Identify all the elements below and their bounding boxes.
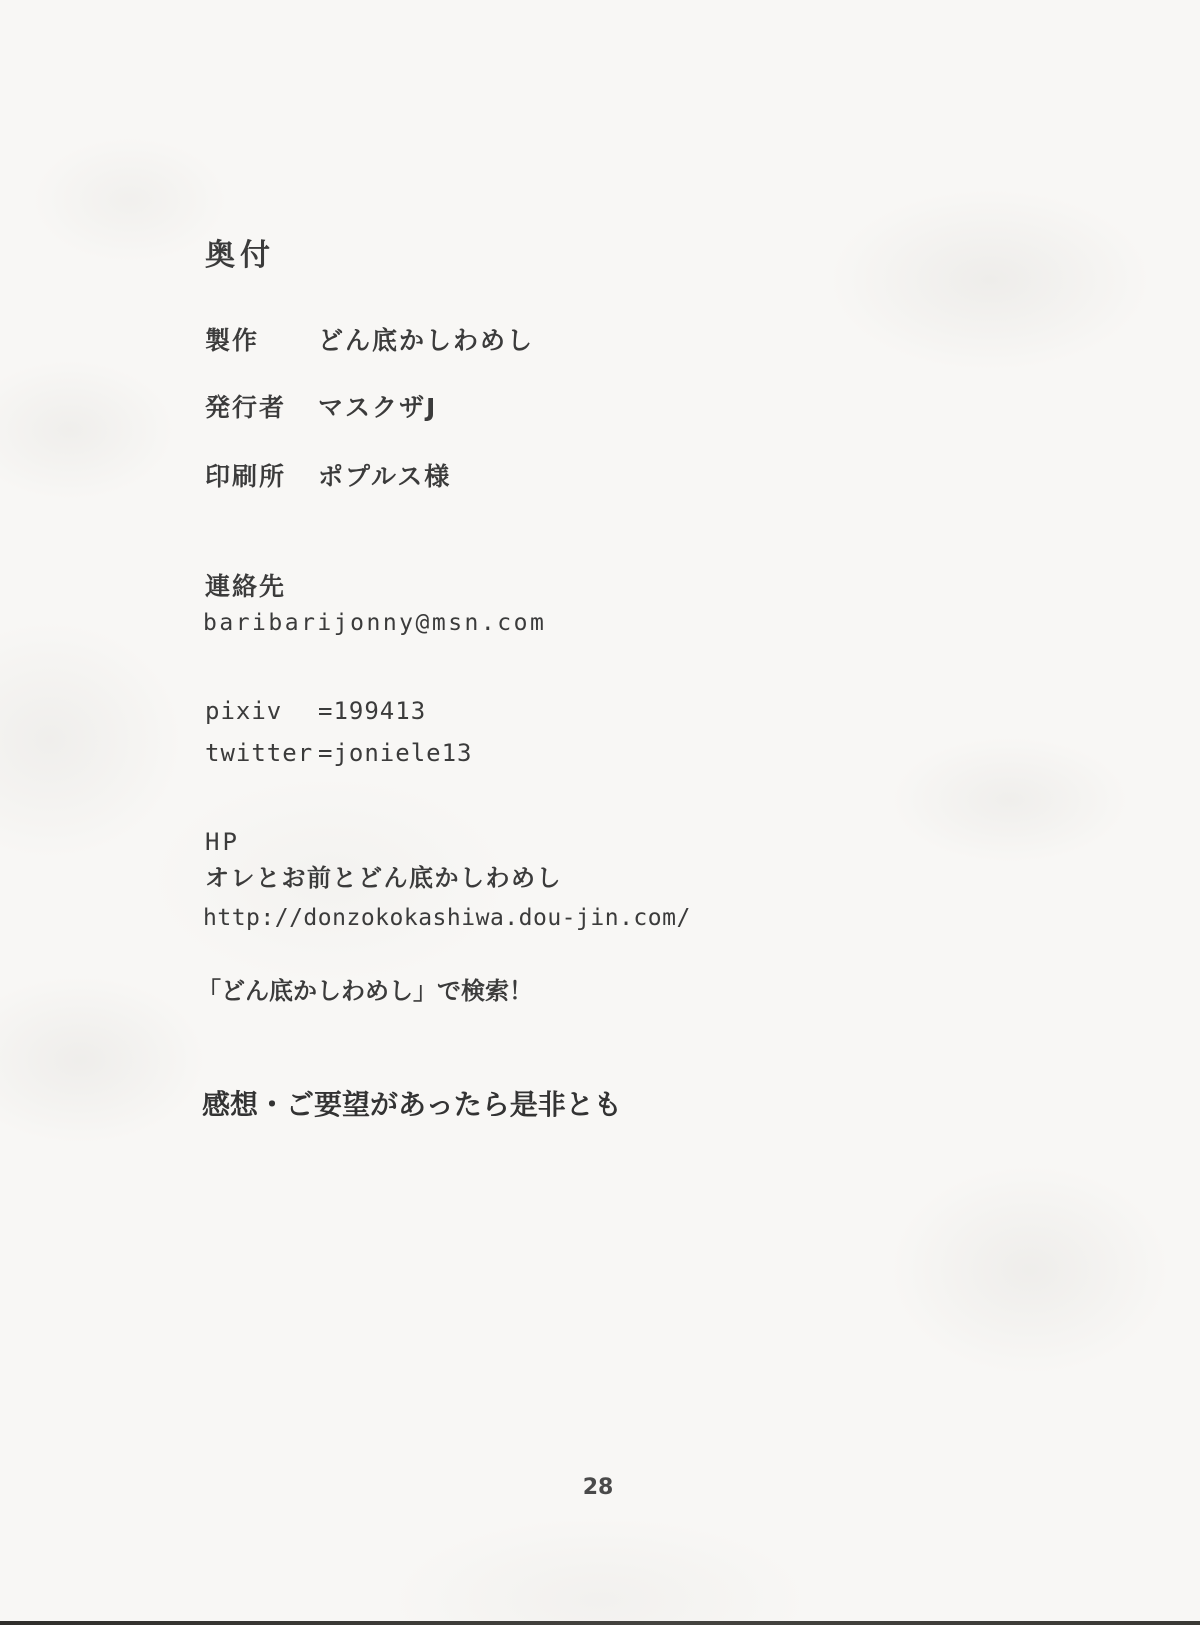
credit-value-printer: ポプルス様 — [318, 462, 451, 492]
credit-row-production: 製作 どん底かしわめし — [205, 326, 534, 356]
twitter-row: twitter =joniele13 — [205, 739, 473, 768]
credit-label-printer: 印刷所 — [205, 462, 318, 492]
scan-bottom-edge — [0, 1621, 1200, 1625]
credit-row-printer: 印刷所 ポプルス様 — [205, 462, 451, 492]
pixiv-row: pixiv =199413 — [205, 697, 426, 726]
page-title: 奥付 — [205, 238, 275, 274]
contact-heading: 連絡先 — [205, 572, 286, 602]
search-hint: 「どん底かしわめし」で検索！ — [197, 977, 533, 1006]
credit-label-publisher: 発行者 — [205, 393, 318, 423]
contact-email: baribarijonny@msn.com — [203, 610, 546, 638]
credit-row-publisher: 発行者 マスクザJ — [205, 393, 437, 423]
twitter-id: =joniele13 — [318, 739, 473, 768]
credit-value-publisher: マスクザJ — [318, 393, 437, 423]
twitter-label: twitter — [205, 739, 318, 768]
scanned-colophon-page: 奥付 製作 どん底かしわめし 発行者 マスクザJ 印刷所 ポプルス様 連絡先 b… — [0, 0, 1200, 1625]
homepage-heading: HP — [205, 828, 240, 857]
pixiv-id: =199413 — [318, 697, 426, 726]
homepage-url: http://donzokokashiwa.dou-jin.com/ — [203, 905, 691, 933]
page-number: 28 — [558, 1475, 638, 1501]
homepage-site-name: オレとお前とどん底かしわめし — [205, 864, 562, 893]
closing-note: 感想・ご要望があったら是非とも — [202, 1088, 622, 1122]
credit-label-production: 製作 — [205, 326, 318, 356]
pixiv-label: pixiv — [205, 697, 318, 726]
credit-value-production: どん底かしわめし — [318, 326, 534, 356]
